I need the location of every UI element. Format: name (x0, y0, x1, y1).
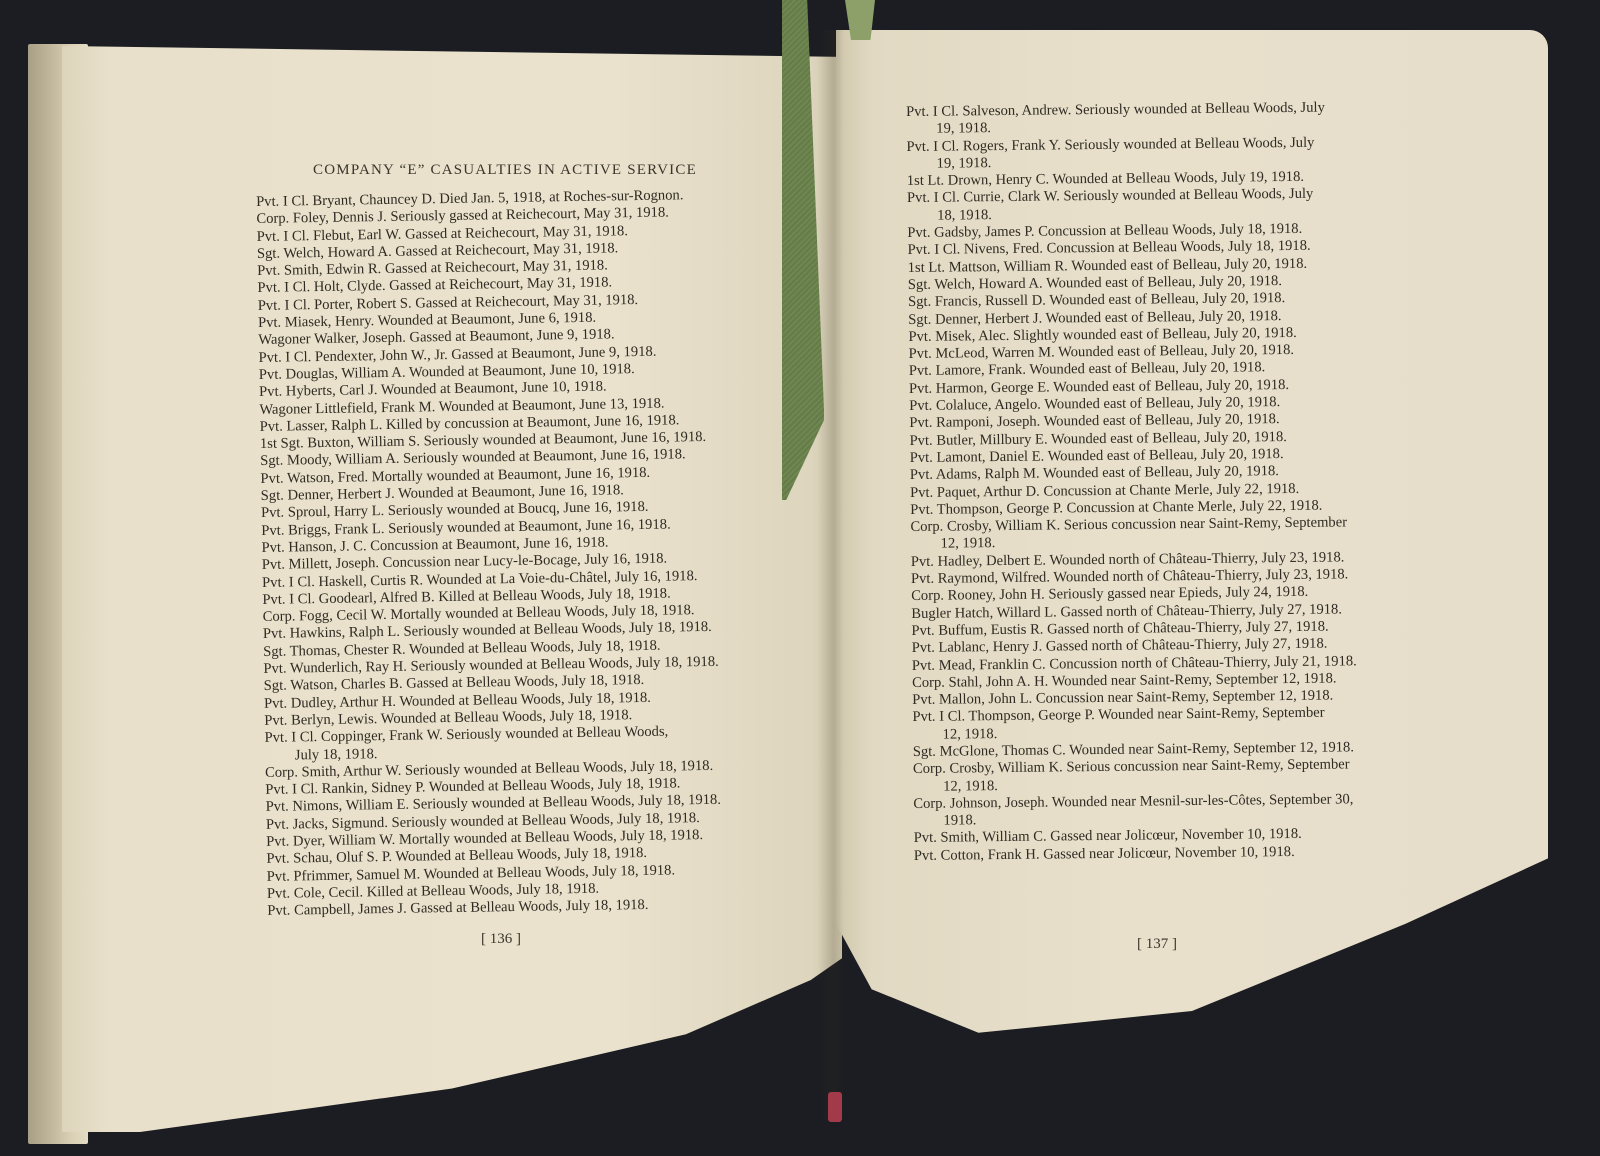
casualty-entry-text: Pvt. Cotton, Frank H. Gassed near Jolicœ… (914, 844, 1295, 864)
casualty-entry-text: Pvt. Lamore, Frank. Wounded east of Bell… (909, 360, 1266, 380)
casualty-entry-text: Pvt. I Cl. Thompson, George P. Wounded n… (912, 705, 1324, 725)
casualty-entry: Pvt. I Cl. Salveson, Andrew. Seriously w… (906, 99, 1406, 139)
right-casualty-list: Pvt. I Cl. Salveson, Andrew. Seriously w… (906, 99, 1414, 865)
casualty-entry: Corp. Crosby, William K. Serious concuss… (910, 514, 1410, 554)
casualty-entry-text: Corp. Johnson, Joseph. Wounded near Mesn… (913, 791, 1353, 812)
casualty-entry: Corp. Johnson, Joseph. Wounded near Mesn… (913, 791, 1413, 831)
casualty-entry-text: Corp. Crosby, William K. Serious concuss… (913, 757, 1350, 778)
page-number-right: [ 137 ] (1137, 936, 1177, 953)
book-gutter (818, 30, 844, 1120)
page-number-left: [ 136 ] (481, 931, 521, 948)
casualty-entry-text: Pvt. I Cl. Salveson, Andrew. Seriously w… (906, 100, 1325, 120)
casualty-entry: Pvt. I Cl. Rogers, Frank Y. Seriously wo… (906, 133, 1406, 173)
left-casualty-list: Pvt. I Cl. Bryant, Chauncey D. Died Jan.… (256, 186, 767, 920)
casualty-entry-text: Corp. Crosby, William K. Serious concuss… (910, 515, 1347, 536)
casualty-entry: Corp. Crosby, William K. Serious concuss… (913, 756, 1413, 796)
running-head: COMPANY “E” CASUALTIES IN ACTIVE SERVICE (300, 162, 710, 179)
casualty-entry-text: Pvt. I Cl. Currie, Clark W. Seriously wo… (907, 186, 1313, 206)
casualty-entry: Pvt. I Cl. Currie, Clark W. Seriously wo… (907, 185, 1407, 225)
casualty-entry: Pvt. I Cl. Thompson, George P. Wounded n… (912, 704, 1412, 744)
book-headband (828, 1092, 842, 1122)
casualty-entry-text: Pvt. I Cl. Rogers, Frank Y. Seriously wo… (906, 134, 1314, 154)
